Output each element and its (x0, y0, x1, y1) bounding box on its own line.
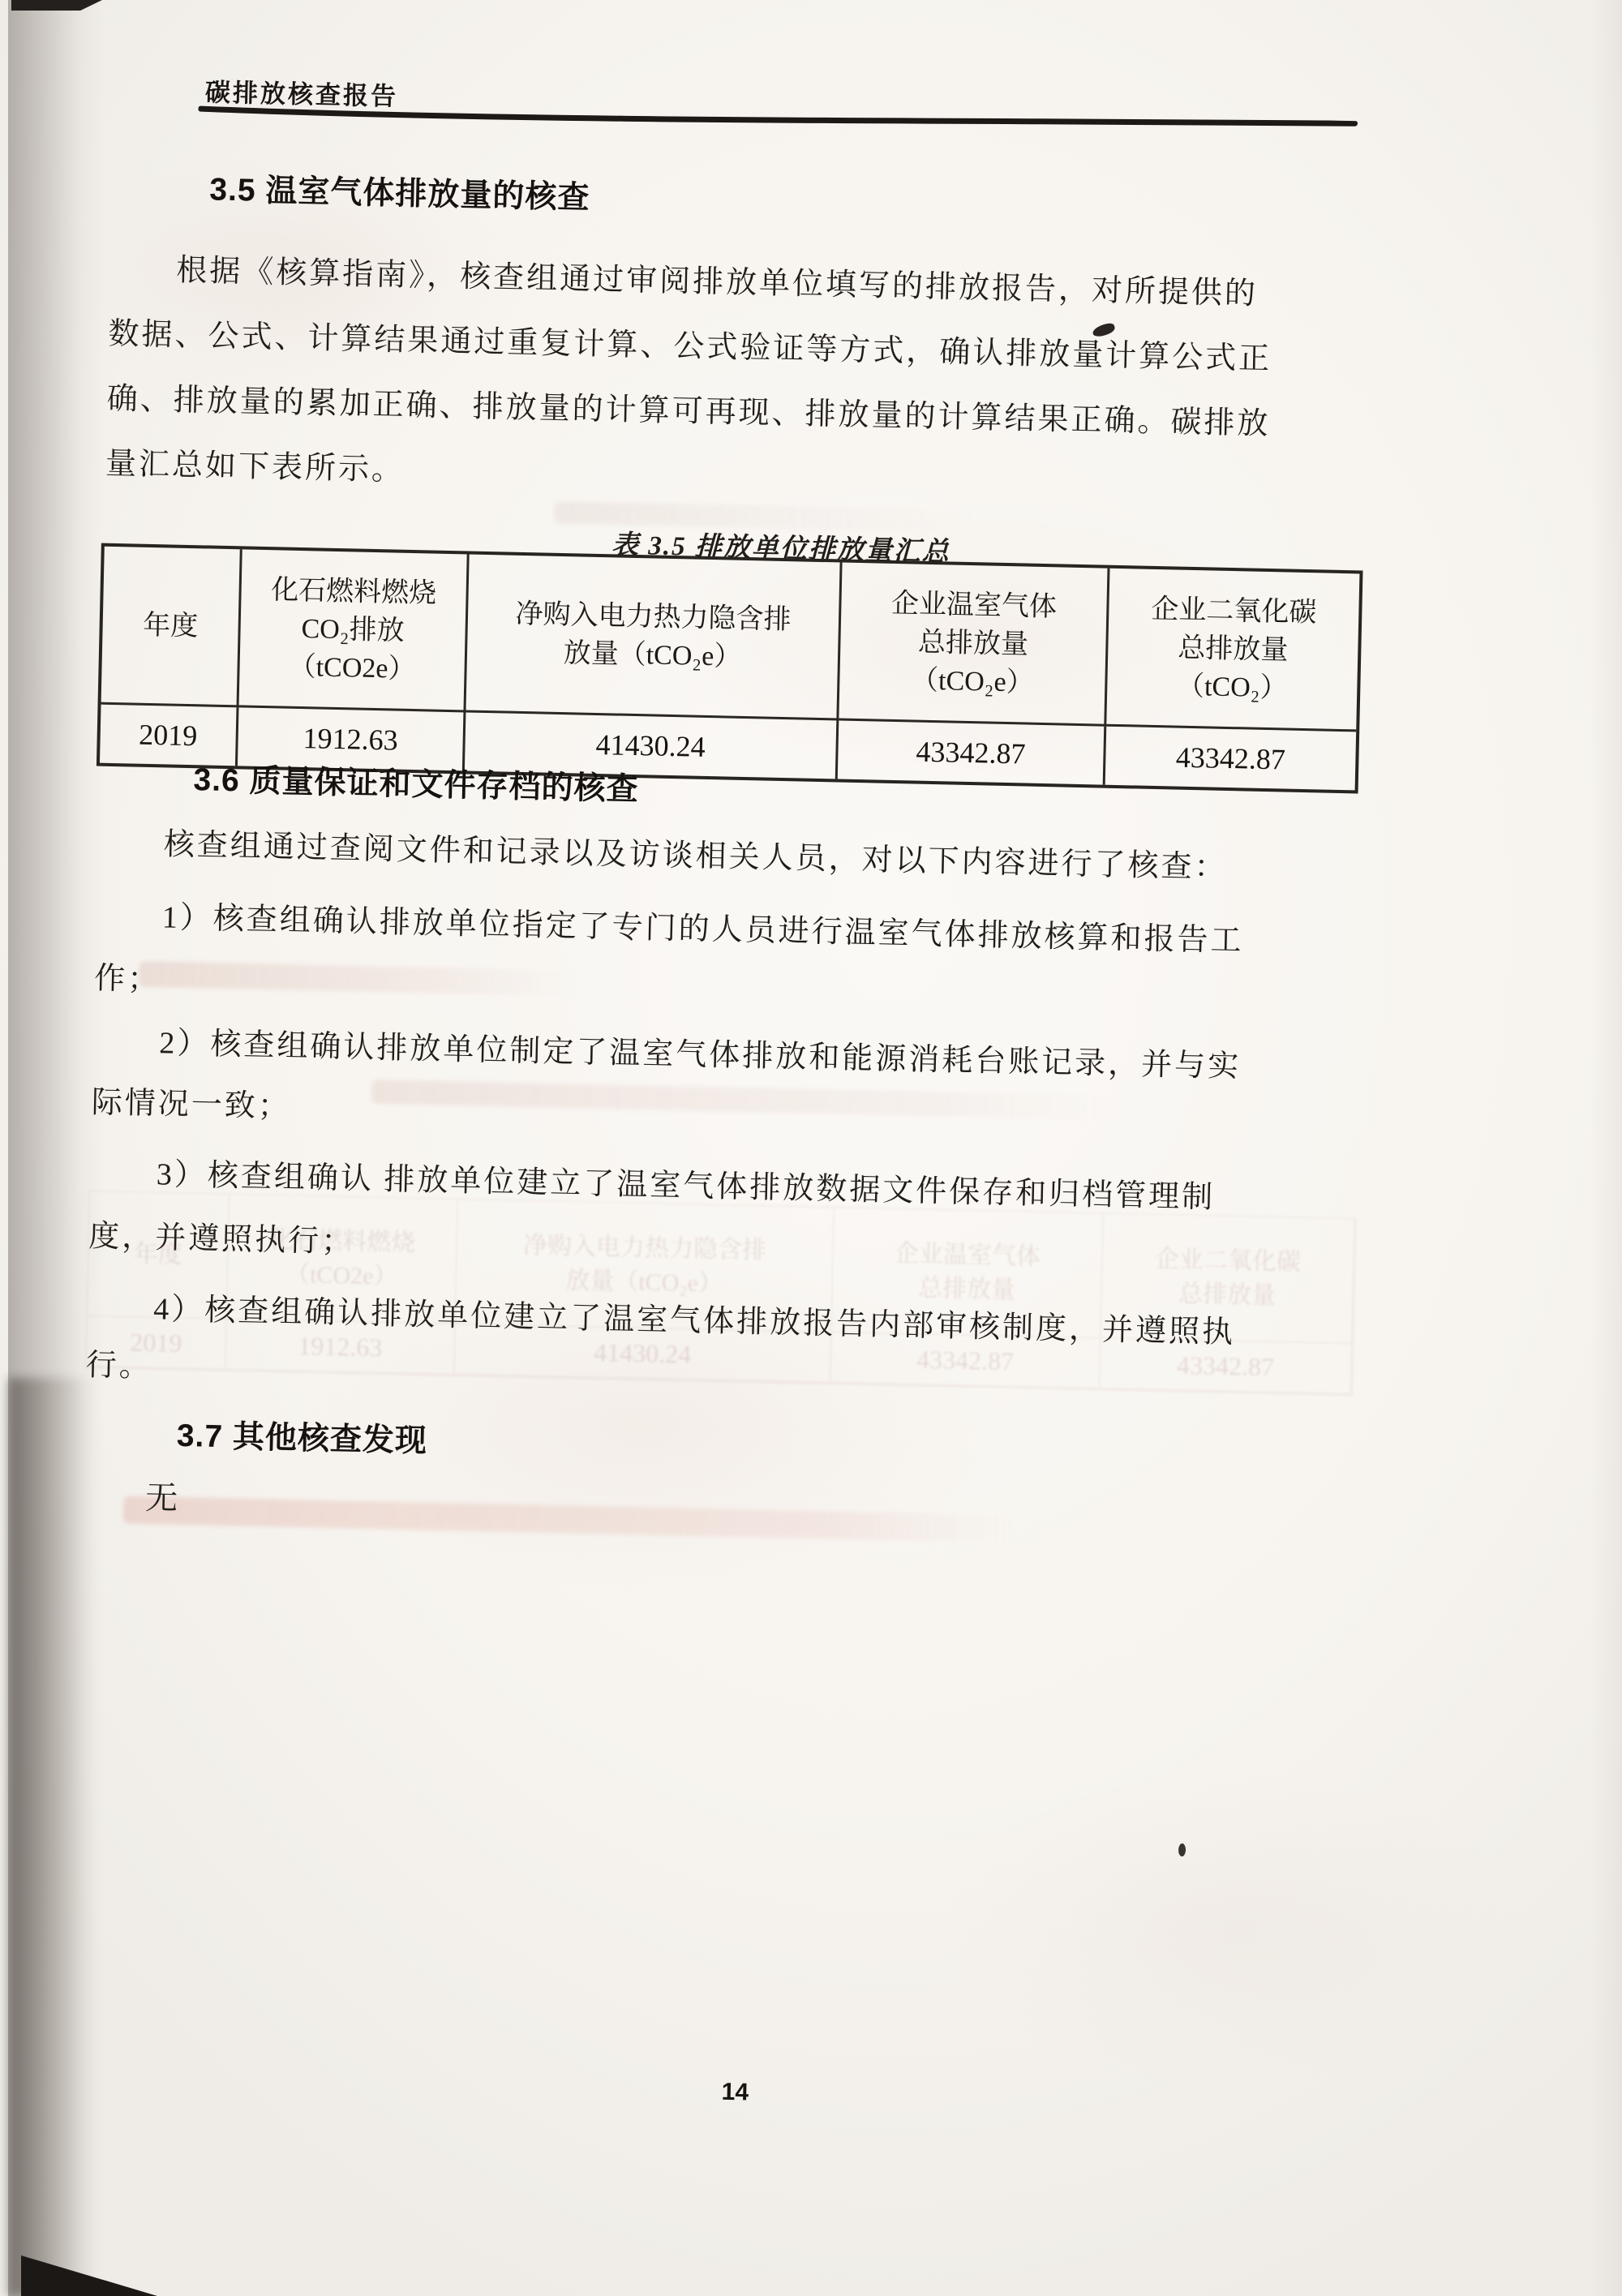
section-3-7-body: 无 (145, 1472, 178, 1519)
page-number: 14 (694, 2078, 776, 2107)
header-line: 企业二氧化碳 (1151, 590, 1317, 631)
ghost-text: 净购入电力热力隐含排 (523, 1229, 767, 1268)
list-item-1-line-2: 作； (93, 946, 161, 1013)
list-item-4-line-1: 4）核查组确认排放单位建立了温室气体排放报告内部审核制度，并遵照执 (86, 1275, 1235, 1365)
bleed-through-smudge (123, 1496, 1015, 1543)
header-line: 净购入电力热力隐含排 (515, 595, 792, 639)
table-header-year: 年度 (101, 547, 242, 708)
table-header-co2-total: 企业二氧化碳 总排放量 （tCO₂） (1106, 569, 1359, 732)
list-item-2-line-2: 际情况一致； (91, 1071, 292, 1139)
section-3-5-heading: 3.5 温室气体排放量的核查 (209, 164, 590, 217)
header-line: 总排放量 (1178, 629, 1289, 669)
list-item-3-line-2: 度，并遵照执行； (88, 1204, 355, 1274)
section-3-6-heading: 3.6 质量保证和文件存档的核查 (193, 754, 639, 809)
table-cell-ghg-total: 43342.87 (838, 720, 1106, 784)
list-item-1-line-1: 1）核查组确认排放单位指定了专门的人员进行温室气体排放核算和报告工 (95, 884, 1244, 974)
table-header-ghg-total: 企业温室气体 总排放量 （tCO₂e） (839, 563, 1109, 727)
table-cell-co2-total: 43342.87 (1105, 727, 1356, 791)
document-content: 碳排放核查报告 3.5 温室气体排放量的核查 根据《核算指南》，核查组通过审阅排… (62, 44, 1384, 2277)
header-line: CO₂排放 (301, 610, 405, 650)
ink-speck (1178, 1843, 1186, 1856)
header-line: 年度 (143, 606, 199, 645)
section-3-7-heading: 3.7 其他核查发现 (176, 1410, 427, 1461)
ghost-text: 企业温室气体 (895, 1237, 1041, 1274)
header-line: 放量（tCO₂e） (563, 634, 742, 676)
bleed-through-smudge (139, 961, 577, 997)
header-line: （tCO₂） (1177, 667, 1289, 707)
header-line: 化石燃料燃烧 (271, 571, 437, 612)
header-line: 总排放量 (917, 623, 1028, 663)
table-header-fossil-co2: 化石燃料燃烧 CO₂排放 （tCO2e） (239, 549, 470, 712)
list-item-4-line-2: 行。 (85, 1333, 153, 1399)
ghost-text: 企业二氧化碳 (1154, 1242, 1301, 1280)
table-header-net-power-heat: 净购入电力热力隐含排 放量（tCO₂e） (466, 555, 842, 721)
header-line: （tCO₂e） (911, 661, 1035, 702)
header-underline (198, 96, 1358, 148)
scanned-page-background: 碳排放核查报告 3.5 温室气体排放量的核查 根据《核算指南》，核查组通过审阅排… (0, 0, 1622, 2296)
header-line: 企业温室气体 (890, 584, 1057, 625)
header-line: （tCO2e） (288, 647, 416, 688)
section-3-5-paragraph: 根据《核算指南》，核查组通过审阅排放单位填写的排放报告，对所提供的 数据、公式、… (105, 237, 1374, 524)
page-right-edge-shade (1590, 0, 1622, 2296)
